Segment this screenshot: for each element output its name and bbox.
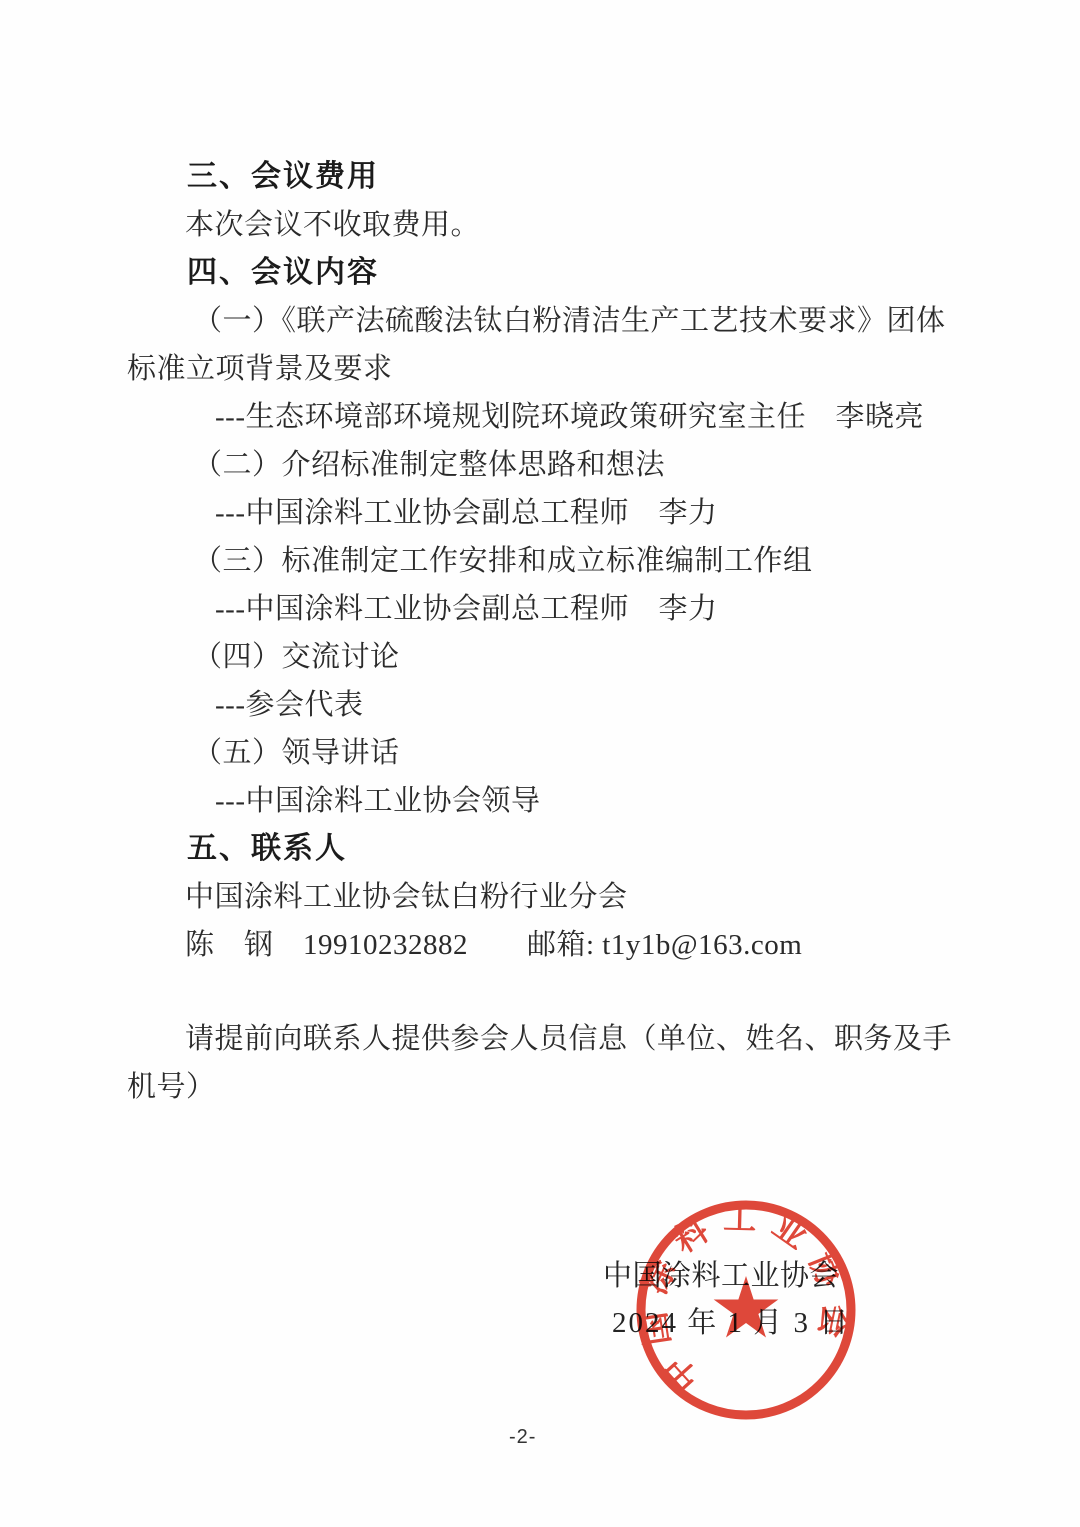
- agenda-item-5: （五）领导讲话: [193, 729, 940, 777]
- notice-body: 三、会议费用 本次会议不收取费用。 四、会议内容 （一）《联产法硫酸法钛白粉清洁…: [127, 153, 940, 1111]
- agenda-item-1-continued: 标准立项背景及要求: [127, 345, 940, 393]
- agenda-item-3: （三）标准制定工作安排和成立标准编制工作组: [193, 537, 940, 585]
- notice-remark-line-1: 请提前向联系人提供参会人员信息（单位、姓名、职务及手: [185, 1015, 940, 1063]
- agenda-item-4-speaker: ---参会代表: [215, 681, 940, 729]
- agenda-item-4: （四）交流讨论: [193, 633, 940, 681]
- official-seal-stamp: 中国涂料工业协会: [626, 1190, 866, 1430]
- section-heading-fees: 三、会议费用: [187, 153, 940, 201]
- contact-organization: 中国涂料工业协会钛白粉行业分会: [185, 873, 940, 921]
- agenda-item-1-speaker: ---生态环境部环境规划院环境政策研究室主任 李晓亮: [215, 393, 940, 441]
- agenda-item-1: （一）《联产法硫酸法钛白粉清洁生产工艺技术要求》团体: [193, 297, 940, 345]
- agenda-item-3-speaker: ---中国涂料工业协会副总工程师 李力: [215, 585, 940, 633]
- contact-person-details: 陈 钢 19910232882 邮箱: t1y1b@163.com: [185, 921, 940, 969]
- agenda-item-2: （二）介绍标准制定整体思路和想法: [193, 441, 940, 489]
- notice-remark-line-2: 机号）: [127, 1063, 940, 1111]
- seal-star-icon: [714, 1276, 779, 1338]
- page-number: -2-: [509, 1426, 536, 1449]
- fees-text: 本次会议不收取费用。: [185, 201, 940, 249]
- section-heading-agenda: 四、会议内容: [187, 249, 940, 297]
- agenda-item-2-speaker: ---中国涂料工业协会副总工程师 李力: [215, 489, 940, 537]
- section-heading-contacts: 五、联系人: [187, 825, 940, 873]
- document-page: 三、会议费用 本次会议不收取费用。 四、会议内容 （一）《联产法硫酸法钛白粉清洁…: [0, 0, 1080, 1527]
- agenda-item-5-speaker: ---中国涂料工业协会领导: [215, 777, 940, 825]
